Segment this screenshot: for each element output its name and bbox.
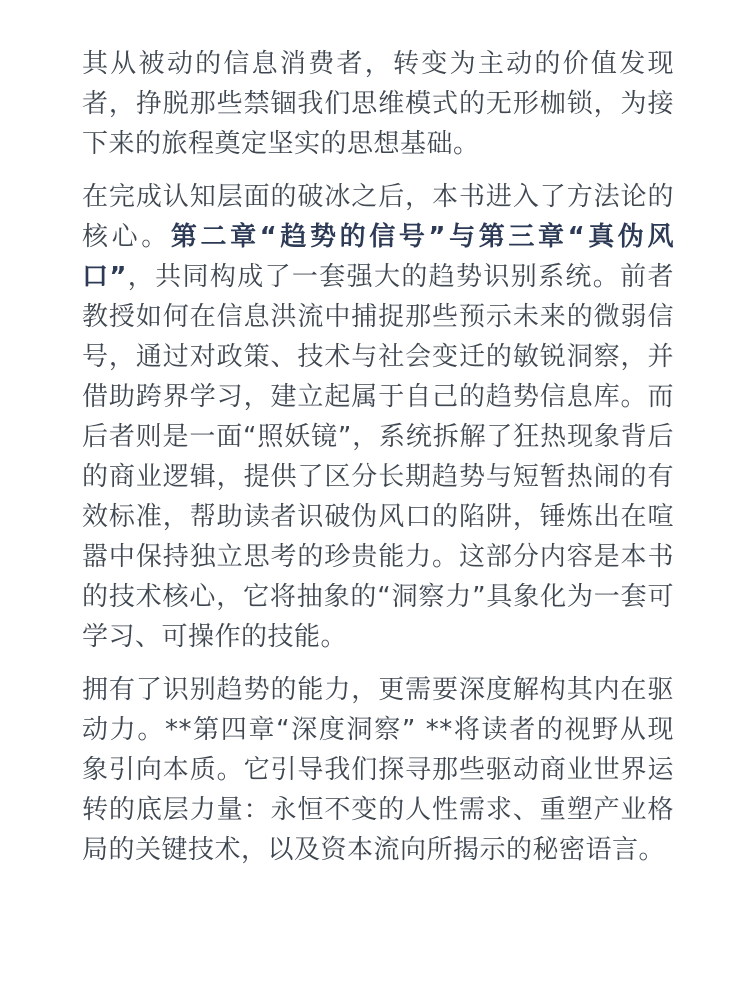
text-segment: 其从被动的信息消费者，转变为主动的价值发现者，挣脱那些禁锢我们思维模式的无形枷锁… [82,49,674,159]
paragraph-1: 其从被动的信息消费者，转变为主动的价值发现者，挣脱那些禁锢我们思维模式的无形枷锁… [82,44,674,164]
text-segment: ，共同构成了一套强大的趋势识别系统。前者教授如何在信息洪流中捕捉那些预示未来的微… [82,262,674,652]
text-segment: 拥有了识别趋势的能力，更需要深度解构其内在驱动力。**第四章“深度洞察” **将… [82,675,674,865]
article-page: 其从被动的信息消费者，转变为主动的价值发现者，挣脱那些禁锢我们思维模式的无形枷锁… [0,0,750,1000]
paragraph-2: 在完成认知层面的破冰之后，本书进入了方法论的核心。第二章“趋势的信号”与第三章“… [82,177,674,657]
article-body: 其从被动的信息消费者，转变为主动的价值发现者，挣脱那些禁锢我们思维模式的无形枷锁… [82,44,674,870]
paragraph-3: 拥有了识别趋势的能力，更需要深度解构其内在驱动力。**第四章“深度洞察” **将… [82,670,674,870]
